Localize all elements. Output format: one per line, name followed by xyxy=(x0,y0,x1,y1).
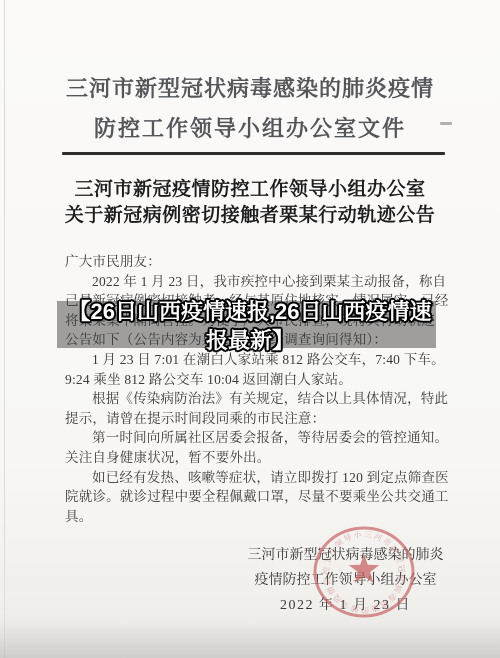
caption-line-1: 【26日山西疫情速报,26日山西疫情速 xyxy=(0,297,500,326)
body-line: 提示，请曾在提示时间段同乘的市民注意： xyxy=(65,409,447,429)
notice-title-line-2: 关于新冠病例密切接触者栗某行动轨迹公告 xyxy=(0,200,500,227)
body-line: 广大市民朋友： xyxy=(65,252,447,272)
caption-line-2: 报最新】 xyxy=(0,326,500,355)
letterhead-line-1: 三河市新型冠状病毒感染的肺炎疫情 xyxy=(0,72,500,103)
article-image: { "overlay": { "caption_line1": "【26日山西疫… xyxy=(0,0,500,658)
body-line: 具。 xyxy=(65,507,447,527)
seal-star-icon xyxy=(349,554,379,583)
official-seal-stamp: 三河市新型冠状病毒感染的肺炎疫情防控工作领导小组办公室 xyxy=(311,525,417,621)
letterhead-divider xyxy=(62,152,445,155)
letterhead-line-2: 防控工作领导小组办公室文件 xyxy=(0,112,500,143)
body-line: 如已经有发热、咳嗽等症状，请立即拨打 120 到定点筛查医 xyxy=(65,468,447,488)
notice-title-line-1: 三河市新冠疫情防控工作领导小组办公室 xyxy=(0,174,500,201)
body-line: 院就诊。就诊过程中要全程佩戴口罩，尽量不要乘坐公共交通工 xyxy=(65,487,447,507)
notice-body: 广大市民朋友： 2022 年 1 月 23 日，我市疾控中心接到栗某主动报备，称… xyxy=(65,252,447,526)
body-line: 关注自身健康状况，暂不要外出。 xyxy=(65,448,447,468)
body-line: 9:24 乘坐 812 路公交车 10:04 返回潮白人家站。 xyxy=(65,370,447,390)
body-line: 根据《传染病防治法》有关规定，结合以上具体情况，特此 xyxy=(65,389,447,409)
caption-text: 【26日山西疫情速报,26日山西疫情速 报最新】 xyxy=(0,297,500,355)
body-line: 2022 年 1 月 23 日，我市疾控中心接到栗某主动报备，称自 xyxy=(65,272,447,292)
body-line: 第一时间向所属社区居委会报备，等待居委会的管控通知。 xyxy=(65,428,447,448)
paper-mark xyxy=(440,122,452,125)
